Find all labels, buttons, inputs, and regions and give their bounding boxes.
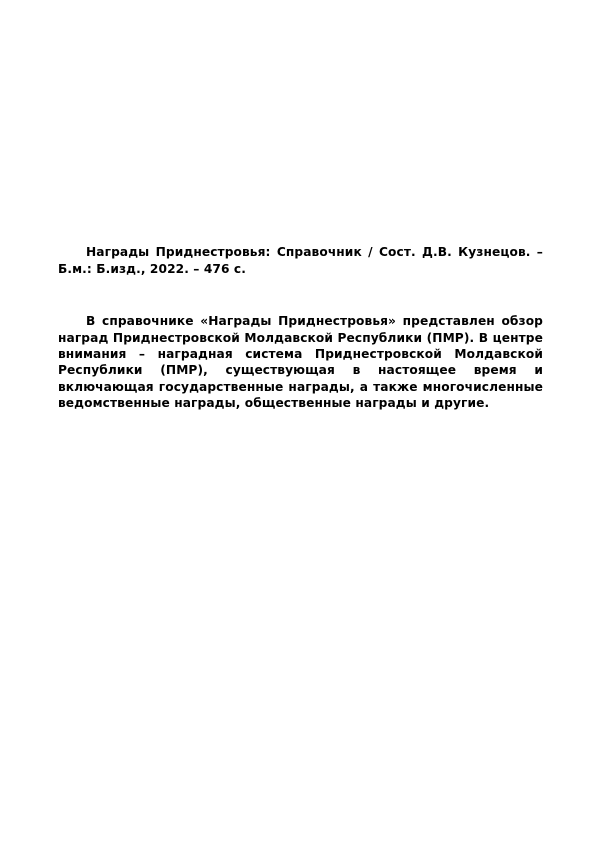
bibliographic-citation: Награды Приднестровья: Справочник / Сост… — [58, 244, 543, 277]
abstract-paragraph: В справочнике «Награды Приднестровья» пр… — [58, 313, 543, 411]
document-page: Награды Приднестровья: Справочник / Сост… — [0, 0, 600, 849]
